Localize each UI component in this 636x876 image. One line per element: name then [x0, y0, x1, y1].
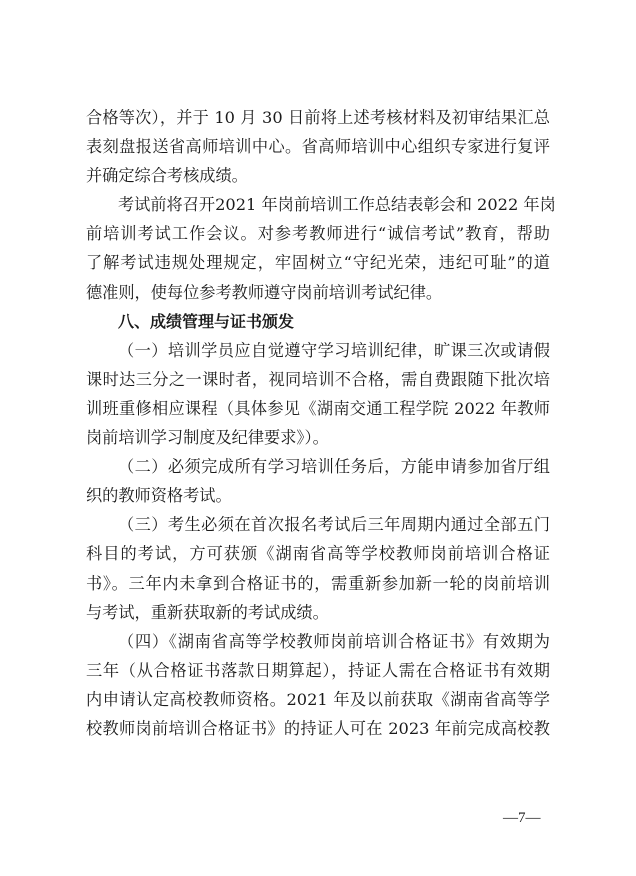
- section-heading: 八、成绩管理与证书颁发: [86, 307, 550, 336]
- paragraph-first-line: （三）考生必须在首次报名考试后三年周期内通过全部五门: [86, 510, 550, 539]
- body-text-line: 书》。三年内未拿到合格证书的，需重新参加新一轮的岗前培训: [86, 569, 550, 598]
- paragraph-first-line: （二）必须完成所有学习培训任务后，方能申请参加省厅组: [86, 452, 550, 481]
- body-text-line: 织的教师资格考试。: [86, 481, 550, 510]
- body-text-line: 与考试，重新获取新的考试成绩。: [86, 598, 550, 627]
- body-text-line: 课时达三分之一课时者，视同培训不合格，需自费跟随下批次培: [86, 365, 550, 394]
- body-text-line: 了解考试违规处理规定，牢固树立“守纪光荣，违纪可耻”的道: [86, 248, 550, 277]
- body-text-line: 前培训考试工作会议。对参考教师进行“诚信考试”教育，帮助: [86, 219, 550, 248]
- body-text-line: 内申请认定高校教师资格。2021 年及以前获取《湖南省高等学: [86, 685, 550, 714]
- paragraph-first-line: （四）《湖南省高等学校教师岗前培训合格证书》有效期为: [86, 627, 550, 656]
- page-number: —7—: [503, 808, 541, 828]
- body-text-line: 三年（从合格证书落款日期算起），持证人需在合格证书有效期: [86, 656, 550, 685]
- body-text-line: 德准则，使每位参考教师遵守岗前培训考试纪律。: [86, 278, 550, 307]
- body-text-line: 合格等次），并于 10 月 30 日前将上述考核材料及初审结果汇总: [86, 103, 550, 132]
- paragraph-first-line: （一）培训学员应自觉遵守学习培训纪律，旷课三次或请假: [86, 336, 550, 365]
- body-text-line: 校教师岗前培训合格证书》的持证人可在 2023 年前完成高校教: [86, 714, 550, 743]
- body-text-line: 并确定综合考核成绩。: [86, 161, 550, 190]
- body-text-line: 表刻盘报送省高师培训中心。省高师培训中心组织专家进行复评: [86, 132, 550, 161]
- body-text-line: 岗前培训学习制度及纪律要求》）。: [86, 423, 550, 452]
- document-page: 合格等次），并于 10 月 30 日前将上述考核材料及初审结果汇总 表刻盘报送省…: [86, 103, 550, 743]
- paragraph-first-line: 考试前将召开2021 年岗前培训工作总结表彰会和 2022 年岗: [86, 190, 550, 219]
- body-text-line: 训班重修相应课程（具体参见《湖南交通工程学院 2022 年教师: [86, 394, 550, 423]
- body-text-line: 科目的考试，方可获颁《湖南省高等学校教师岗前培训合格证: [86, 539, 550, 568]
